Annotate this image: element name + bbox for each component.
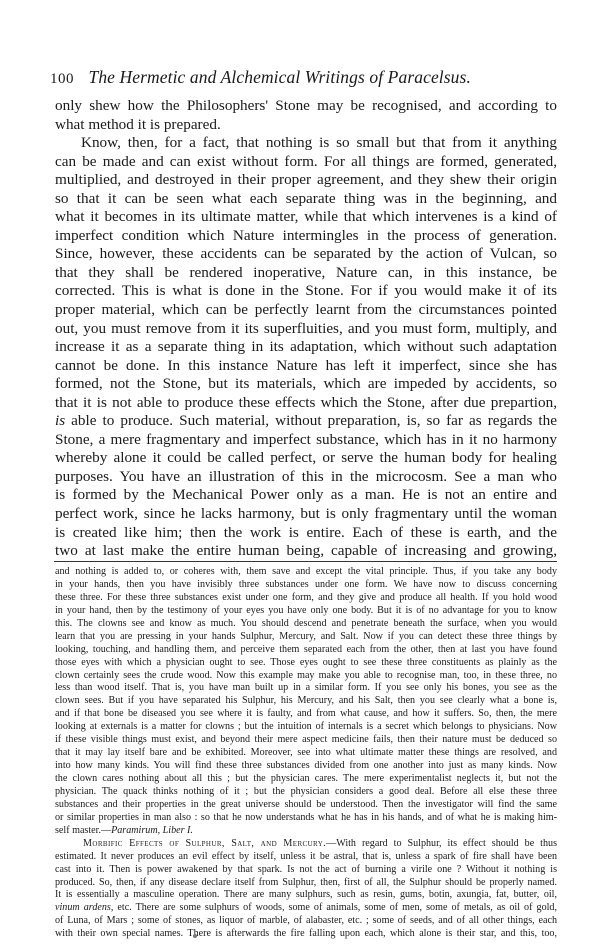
footnote-line-text: , etc. There are some sulphurs of woods,… — [111, 902, 557, 913]
book-page: 100 The Hermetic and Alchemical Writings… — [0, 0, 591, 950]
page-number: 100 — [50, 71, 74, 87]
body-line: proper material, which can be perfectly … — [55, 301, 557, 320]
footnote-line: into how many kinds. You will find these… — [55, 760, 557, 773]
footnote-section-start: Morbific Effects of Sulphur, Salt, and M… — [55, 838, 557, 851]
footnote-line: cast into it. Then is power awakened by … — [55, 864, 557, 877]
footnote-line: and if that bone be diseased you see whe… — [55, 708, 557, 721]
body-line-text: able to produce. Such material, without … — [65, 412, 557, 429]
body-line: what method it is prepared. — [55, 116, 557, 135]
footnote-line: clown certainly sees the crude wood. Now… — [55, 670, 557, 683]
footnote-line: less than wood itself. That is, you have… — [55, 682, 557, 695]
footnote-line: of Luna, of Mars ; some of stones, as li… — [55, 915, 557, 928]
footnote-line: these three. For these three substances … — [55, 592, 557, 605]
body-line: what it becomes in its ultimate matter, … — [55, 208, 557, 227]
section-heading: Morbific Effects of Sulphur, Salt, and M… — [83, 838, 326, 849]
source-citation: Paramirum, Liber I. — [111, 825, 193, 836]
body-line: only shew how the Philosophers' Stone ma… — [55, 97, 557, 116]
footnote-line: looking at externals is a matter for clo… — [55, 721, 557, 734]
main-text: only shew how the Philosophers' Stone ma… — [55, 97, 557, 561]
body-line: Since, however, these accidents can be s… — [55, 245, 557, 264]
running-header: 100 The Hermetic and Alchemical Writings… — [50, 66, 550, 90]
footnote-line: or similar properties in man also : so t… — [55, 812, 557, 825]
footnote-line: looking, touching, and handling them, an… — [55, 644, 557, 657]
footnote-block: and nothing is added to, or coheres with… — [55, 566, 557, 941]
italic-word: is — [55, 412, 65, 429]
footnote-line: this. The clowns see and know as much. Y… — [55, 618, 557, 631]
body-line: is able to produce. Such material, witho… — [55, 412, 557, 431]
footnote-line: learn that you are pressing in your hand… — [55, 631, 557, 644]
footnote-line: produced. So, then, if any disease decla… — [55, 877, 557, 890]
italic-phrase: vinum ardens — [55, 902, 111, 913]
body-line: can be made and can exist without form. … — [55, 153, 557, 172]
footnote-line: if these visible things must exist, and … — [55, 734, 557, 747]
body-line: cannot be done. In this instance Nature … — [55, 357, 557, 376]
footnote-line: estimated. It never produces an evil eff… — [55, 851, 557, 864]
body-line: increase it as a separate thing in its a… — [55, 338, 557, 357]
footnote-line: and nothing is added to, or coheres with… — [55, 566, 557, 579]
footnote-line: in your hands, then you have invisibly t… — [55, 579, 557, 592]
footnote-line-text: —With regard to Sulphur, its effect shou… — [326, 838, 557, 849]
footnote-line: physician. The quack thinks nothing of i… — [55, 786, 557, 799]
footnote-line: those eyes with which a physician ought … — [55, 657, 557, 670]
body-line: purposes. You have an illustration of th… — [55, 468, 557, 487]
body-line: corrected. This is what is done in the S… — [55, 282, 557, 301]
footnote-line: substances and their properties in the g… — [55, 799, 557, 812]
body-line: is created like him; then the work is en… — [55, 524, 557, 543]
footnote-line: the clown cares nothing about all this ;… — [55, 773, 557, 786]
body-line: that it is not able to produce these eff… — [55, 394, 557, 413]
footnote-divider — [54, 561, 557, 562]
scan-speck-mark — [193, 934, 197, 938]
footnote-line: with their own special names. There is a… — [55, 928, 557, 941]
body-line: that they shall be rendered inoperative,… — [55, 264, 557, 283]
body-line: two at last make the entire human being,… — [55, 542, 557, 561]
footnote-line: It is essentially a masculine operation.… — [55, 889, 557, 902]
running-title: The Hermetic and Alchemical Writings of … — [88, 67, 470, 87]
footnote-line: vinum ardens, etc. There are some sulphu… — [55, 902, 557, 915]
body-line: so that it can be seen what each separat… — [55, 190, 557, 209]
footnote-line: clown sees. But if you have separated hi… — [55, 695, 557, 708]
footnote-line: that it may lay itself bare and be exhib… — [55, 747, 557, 760]
body-line: formed, not the Stone, but its materials… — [55, 375, 557, 394]
body-line: out, you must remove from it its superfl… — [55, 320, 557, 339]
paragraph-start-line: Know, then, for a fact, that nothing is … — [55, 134, 557, 153]
footnote-line-text: self master.— — [55, 825, 111, 836]
body-line: is formed by the Mechanical Power only a… — [55, 486, 557, 505]
body-line: perfect work, since he lacks harmony, bu… — [55, 505, 557, 524]
body-line: Stone, a mere fragmentary and imperfect … — [55, 431, 557, 450]
footnote-line: in your hand, then by the testimony of y… — [55, 605, 557, 618]
body-line: imperfect condition which Nature intermi… — [55, 227, 557, 246]
body-line: multiplied, and destroyed in their prope… — [55, 171, 557, 190]
body-line: whereby alone it could be called perfect… — [55, 449, 557, 468]
footnote-citation-line: self master.—Paramirum, Liber I. — [55, 825, 557, 838]
